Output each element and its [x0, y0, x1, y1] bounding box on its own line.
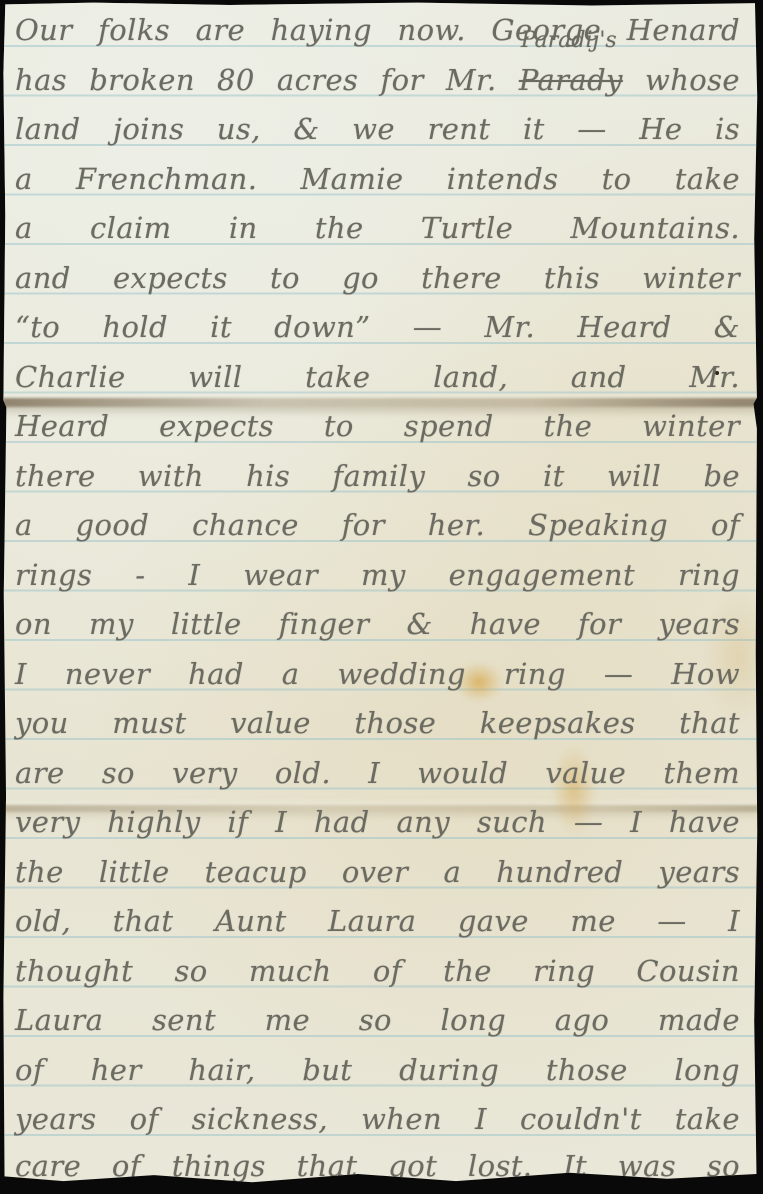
handwriting-line: on my little finger & have for years	[15, 600, 740, 650]
handwriting-line: you must value those keepsakes that	[15, 699, 740, 749]
handwriting-line: a claim in the Turtle Mountains.	[15, 204, 740, 254]
handwriting-line: I never had a wedding ring — How	[15, 650, 740, 700]
handwriting-line: Heard expects to spend the winter	[15, 402, 740, 452]
handwriting-line: a good chance for her. Speaking of	[15, 501, 740, 551]
handwriting-line: years of sickness, when I couldn't take	[15, 1095, 740, 1145]
handwriting-line: and expects to go there this winter	[15, 254, 740, 304]
struck-word: Parady	[519, 63, 623, 97]
correction: Paradij'sParady	[519, 56, 623, 104]
inserted-word: Paradij's	[521, 30, 617, 52]
handwriting-line: Charlie will take land, and Mr.	[15, 353, 740, 403]
line-segment: whose	[623, 63, 740, 97]
handwriting-line: Laura sent me so long ago made	[15, 996, 740, 1046]
handwriting-line: a Frenchman. Mamie intends to take	[15, 155, 740, 205]
handwriting-line: has broken 80 acres for Mr. Paradij'sPar…	[15, 56, 740, 106]
handwriting-line: old, that Aunt Laura gave me — I	[15, 897, 740, 947]
handwriting-line: care of things that got lost. It was so	[15, 1142, 740, 1192]
handwriting-line: there with his family so it will be	[15, 452, 740, 502]
handwriting-line: rings - I wear my engagement ring	[15, 551, 740, 601]
handwriting-line: land joins us, & we rent it — He is	[15, 105, 740, 155]
handwriting-line: very highly if I had any such — I have	[15, 798, 740, 848]
handwriting-line: “to hold it down” — Mr. Heard &	[15, 303, 740, 353]
line-segment: has broken 80 acres for Mr.	[15, 63, 519, 97]
scan-background: { "document": { "kind": "handwritten-let…	[0, 0, 763, 1194]
handwriting-line: are so very old. I would value them	[15, 749, 740, 799]
handwriting-line: the little teacup over a hundred years	[15, 848, 740, 898]
letter-page: Our folks are haying now. George Henard …	[3, 2, 758, 1187]
handwriting-line: Our folks are haying now. George Henard	[15, 6, 740, 56]
handwriting-line: thought so much of the ring Cousin	[15, 947, 740, 997]
handwriting-line: of her hair, but during those long	[15, 1046, 740, 1096]
